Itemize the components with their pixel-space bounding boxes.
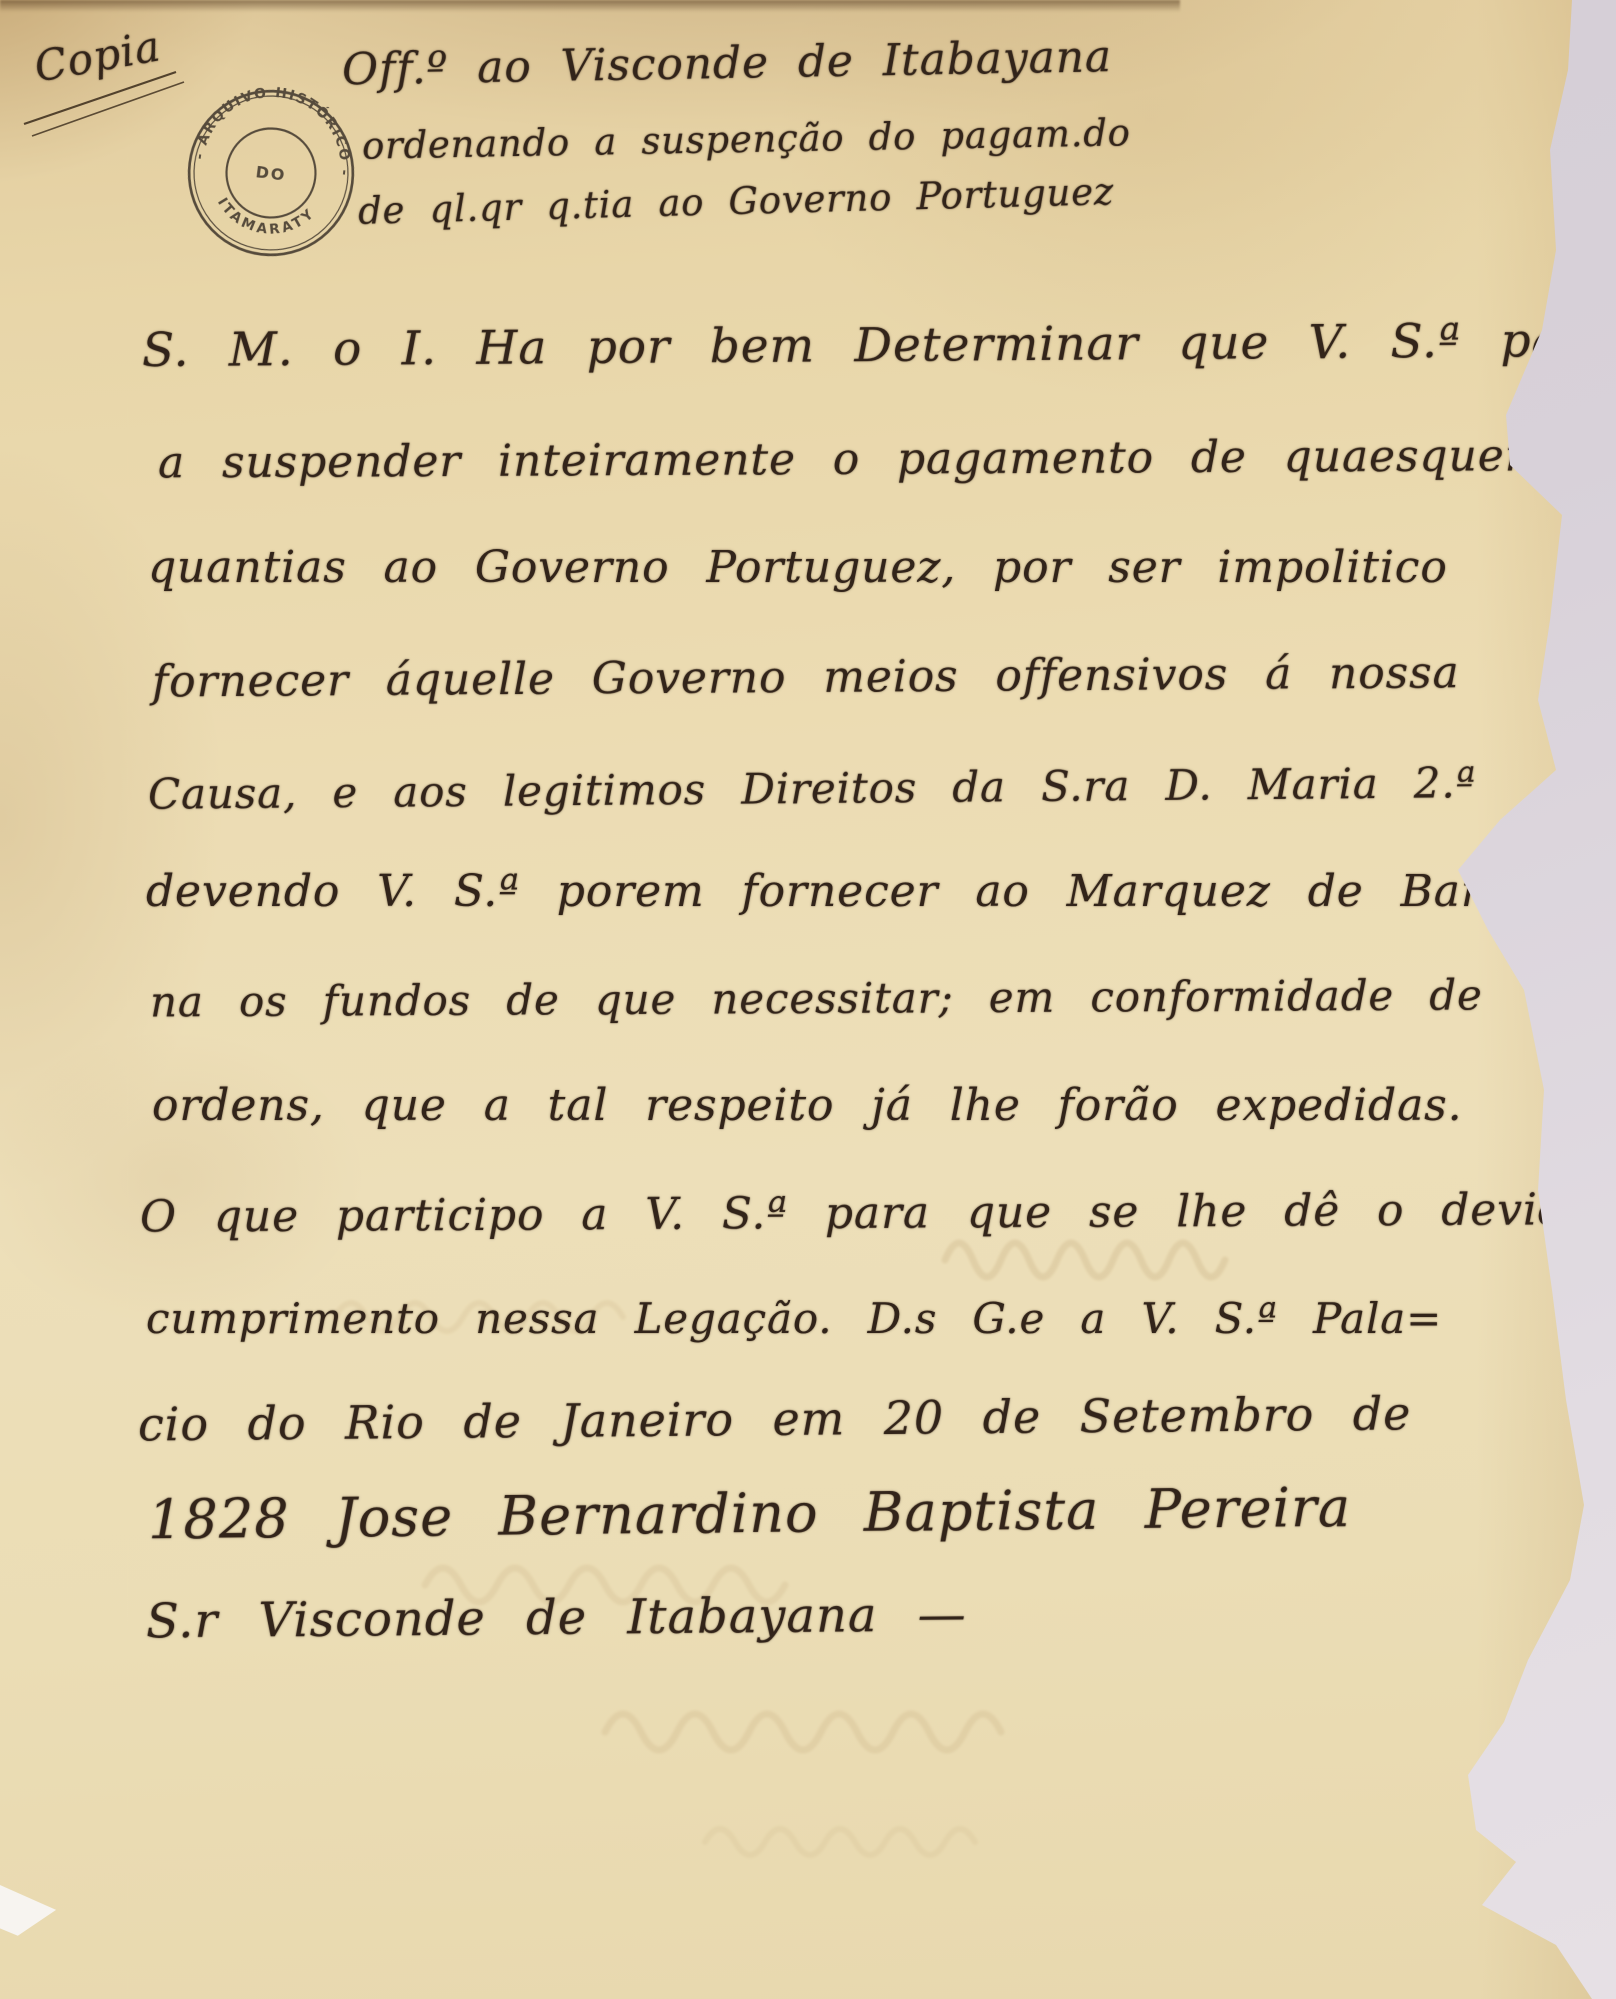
manuscript-line: na os fundos de que necessitar; em confo… [150, 971, 1483, 1027]
docket-line: ordenando a suspenção do pagam.do [362, 111, 1131, 167]
manuscript-line: S.r Visconde de Itabayana — [146, 1586, 967, 1649]
manuscript-line: cumprimento nessa Legação. D.s G.e a V. … [146, 1294, 1442, 1343]
manuscript-line: 1828 Jose Bernardino Baptista Pereira [148, 1476, 1352, 1552]
manuscript-line: a suspender inteiramente o pagamento de … [158, 430, 1527, 488]
manuscript-line: O que participo a V. S.ª para que se lhe… [140, 1184, 1595, 1243]
svg-text:- ARQUIVO HISTÓRICO -: - ARQUIVO HISTÓRICO - [192, 76, 362, 178]
manuscript-line: quantias ao Governo Portuguez, por ser i… [148, 542, 1448, 593]
manuscript-line: Causa, e aos legitimos Direitos da S.ra … [148, 758, 1477, 819]
archive-stamp: - ARQUIVO HISTÓRICO - ITAMARATY DO [172, 74, 370, 272]
document-page: Copia - ARQUIVO HISTÓRICO - ITAMARATY DO… [0, 0, 1616, 1999]
stamp-arc-top-text: - ARQUIVO HISTÓRICO - [192, 76, 362, 178]
docket-line: Off.º ao Visconde de Itabayana [342, 31, 1113, 95]
manuscript-line: devendo V. S.ª porem fornecer ao Marquez… [146, 866, 1512, 917]
manuscript-line: S. M. o I. Ha por bem Determinar que V. … [142, 313, 1616, 378]
ink-bleed-through [600, 1690, 1140, 1760]
manuscript-line: cio do Rio de Janeiro em 20 de Setembro … [138, 1386, 1412, 1451]
photo-backdrop: Copia - ARQUIVO HISTÓRICO - ITAMARATY DO… [0, 0, 1616, 1999]
paper-stain [0, 0, 1180, 12]
manuscript-line: ordens, que a tal respeito já lhe forão … [152, 1080, 1463, 1131]
docket-line: de ql.qr q.tia ao Governo Portuguez [358, 170, 1115, 233]
ink-bleed-through [700, 1810, 1080, 1870]
manuscript-line: fornecer áquelle Governo meios offensivo… [152, 647, 1460, 707]
stamp-center-text: DO [255, 162, 288, 185]
